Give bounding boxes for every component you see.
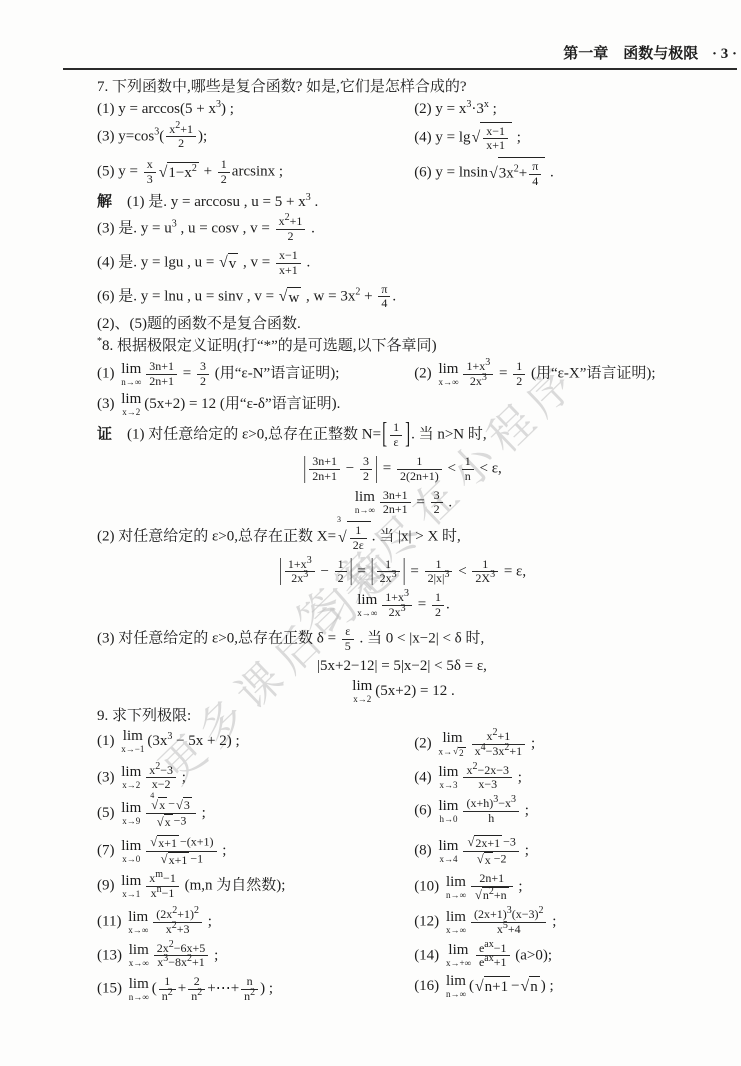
text-line: (3) 对任意给定的 ε>0,总存在正数 δ = ε5 . 当 0 < |x−2… xyxy=(97,624,707,655)
text-line: (3) 是. y = u3 , u = cosv , v = x2+12 . xyxy=(97,214,707,245)
math-line-right: (6) limh→0(x+h)3−x3h ; xyxy=(414,796,707,831)
math-line-left: (15) limn→∞(1n2+2n2+⋯+nn2) ; xyxy=(97,974,414,1005)
textbook-page: 更多课后习题 答案尽在小程序 第一章 函数与极限 · 3 · 7. 下列函数中,… xyxy=(0,0,741,1066)
math-line-left: (3) limx→2x2−3x−2 ; xyxy=(97,763,414,794)
math-line-left: (1) limx→−1(3x3 − 5x + 2) ; xyxy=(97,729,414,760)
section-heading: 9. 求下列极限: xyxy=(97,707,707,726)
content-row: (13) limx→∞2x2−6x+5x3−8x2+1 ;(14) limx→+… xyxy=(97,941,707,972)
math-line-right: (2) limx→∞1+x32x3 = 12 (用“ε-X”语言证明); xyxy=(414,359,707,390)
centered-formula: limn→∞3n+12n+1 = 32 . xyxy=(97,488,707,519)
math-line-right: (16) limn→∞(√n+1−√n) ; xyxy=(414,974,707,1005)
math-line-left: (1) limn→∞3n+12n+1 = 32 (用“ε-N”语言证明); xyxy=(97,359,414,390)
text-line: (4) 是. y = lgu , u = √v , v = x−1x+1 . xyxy=(97,248,707,279)
page-header: 第一章 函数与极限 · 3 · xyxy=(63,42,737,70)
text-line: 证 (1) 对任意给定的 ε>0,总存在正整数 N=[1ε]. 当 n>N 时, xyxy=(97,420,707,451)
content-row: (15) limn→∞(1n2+2n2+⋯+nn2) ;(16) limn→∞(… xyxy=(97,974,707,1005)
math-line-left: (13) limx→∞2x2−6x+5x3−8x2+1 ; xyxy=(97,941,414,972)
text-line: (2)、(5)题的函数不是复合函数. xyxy=(97,315,707,334)
text-line: (2) 对任意给定的 ε>0,总存在正数 X=3√12ε. 当 |x| > X … xyxy=(97,521,707,554)
content-row: (7) limx→0√x+1−(x+1)√x+1−1 ;(8) limx→4√2… xyxy=(97,834,707,869)
centered-formula: |1+x32x3 − 12| = |12x3| = 12|x|3 < 12X3 … xyxy=(97,557,707,588)
math-line-left: (1) y = arccos(5 + x3) ; xyxy=(97,100,414,119)
text-line: 解 (1) 是. y = arccosu , u = 5 + x3 . xyxy=(97,193,707,212)
math-line-right: (4) limx→3x2−2x−3x−3 ; xyxy=(414,763,707,794)
text-line: (3) limx→2(5x+2) = 12 (用“ε-δ”语言证明). xyxy=(97,392,707,417)
math-line-left: (9) limx→1xm−1xn−1 (m,n 为自然数); xyxy=(97,871,414,904)
math-line-right: (14) limx→+∞eax−1eax+1 (a>0); xyxy=(414,941,707,972)
content-row: (5) y = x3√1−x2 + 12arcsinx ;(6) y = lns… xyxy=(97,157,707,190)
content-row: (5) limx→94√x−√3√x−3 ;(6) limh→0(x+h)3−x… xyxy=(97,796,707,831)
content-row: (3) y=cos3(x2+12);(4) y = lg√x−1x+1 ; xyxy=(97,122,707,155)
math-line-left: (5) limx→94√x−√3√x−3 ; xyxy=(97,796,414,831)
page-number: · 3 · xyxy=(712,46,737,62)
math-line-right: (2) y = x3·3x ; xyxy=(414,100,707,119)
content-row: (1) y = arccos(5 + x3) ;(2) y = x3·3x ; xyxy=(97,100,707,119)
centered-formula: limx→∞1+x32x3 = 12. xyxy=(97,590,707,621)
centered-formula: limx→2(5x+2) = 12 . xyxy=(97,679,707,704)
math-line-right: (2) limx→√2x2+1x4−3x2+1 ; xyxy=(414,729,707,760)
page-content: 7. 下列函数中,哪些是复合函数? 如是,它们是怎样合成的?(1) y = ar… xyxy=(97,78,707,1005)
math-line-right: (4) y = lg√x−1x+1 ; xyxy=(414,122,707,155)
math-line-left: (11) limx→∞(2x2+1)2x2+3 ; xyxy=(97,907,414,938)
content-row: (11) limx→∞(2x2+1)2x2+3 ;(12) limx→∞(2x+… xyxy=(97,907,707,938)
math-line-right: (8) limx→4√2x+1−3√x−2 ; xyxy=(414,834,707,869)
text-line: (6) 是. y = lnu , u = sinv , v = √w , w =… xyxy=(97,282,707,313)
math-line-left: (7) limx→0√x+1−(x+1)√x+1−1 ; xyxy=(97,834,414,869)
math-line-right: (6) y = lnsin√3x2+π4 . xyxy=(414,157,707,190)
centered-formula: |3n+12n+1 − 32| = 12(2n+1) < 1n < ε, xyxy=(97,454,707,485)
content-row: (3) limx→2x2−3x−2 ;(4) limx→3x2−2x−3x−3 … xyxy=(97,763,707,794)
math-line-left: (5) y = x3√1−x2 + 12arcsinx ; xyxy=(97,157,414,190)
centered-formula: |5x+2−12| = 5|x−2| < 5δ = ε, xyxy=(97,657,707,676)
math-line-right: (12) limx→∞(2x+1)3(x−3)2x5+4 ; xyxy=(414,907,707,938)
content-row: (1) limx→−1(3x3 − 5x + 2) ;(2) limx→√2x2… xyxy=(97,729,707,760)
section-heading: *8. 根据极限定义证明(打“*”的是可选题,以下各章同) xyxy=(97,337,707,356)
math-line-left: (3) y=cos3(x2+12); xyxy=(97,122,414,155)
section-heading: 7. 下列函数中,哪些是复合函数? 如是,它们是怎样合成的? xyxy=(97,78,707,97)
content-row: (9) limx→1xm−1xn−1 (m,n 为自然数);(10) limn→… xyxy=(97,871,707,904)
content-row: (1) limn→∞3n+12n+1 = 32 (用“ε-N”语言证明);(2)… xyxy=(97,359,707,390)
chapter-title: 第一章 函数与极限 xyxy=(563,46,698,62)
math-line-right: (10) limn→∞2n+1√n2+n ; xyxy=(414,871,707,904)
